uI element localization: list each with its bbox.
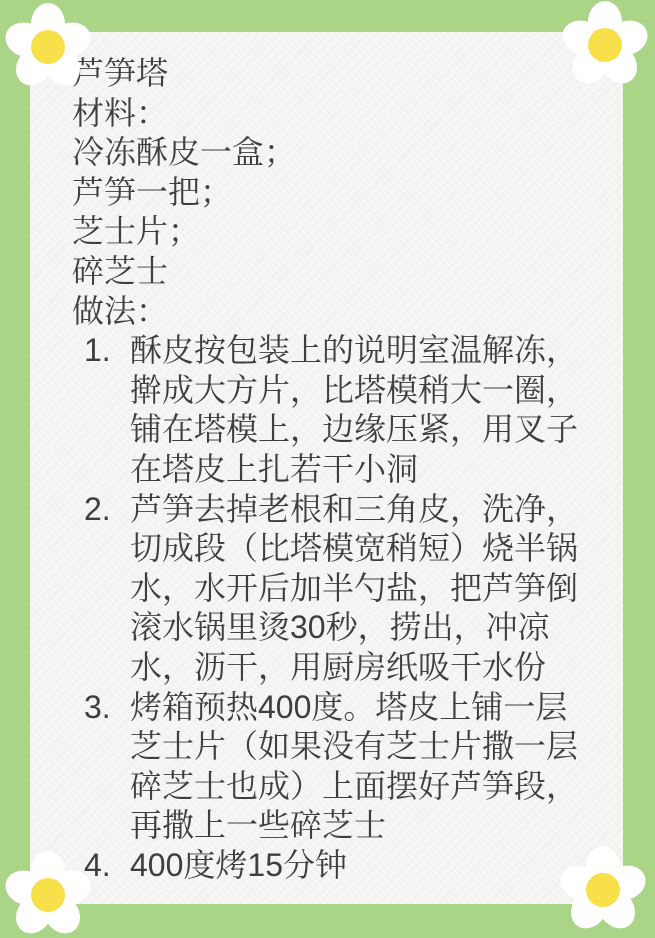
recipe-title: 芦笋塔 xyxy=(72,54,597,94)
step-line: 滚水锅里烫30秒，捞出，冲凉 xyxy=(130,608,597,648)
step-row: 3. 烤箱预热400度。塔皮上铺一层 芝士片（如果没有芝士片撒一层 碎芝士也成）… xyxy=(72,688,597,846)
daisy-flower-icon-top-left xyxy=(3,2,93,92)
step-text: 芦笋去掉老根和三角皮，洗净， 切成段（比塔模宽稍短）烧半锅 水，水开后加半勺盐，… xyxy=(130,490,597,688)
step-line: 切成段（比塔模宽稍短）烧半锅 xyxy=(130,529,597,569)
step-number: 1. xyxy=(84,331,130,489)
daisy-flower-icon-bottom-right xyxy=(558,845,648,935)
step-line: 水，水开后加半勺盐，把芦笋倒 xyxy=(130,569,597,609)
ingredient-line: 碎芝士 xyxy=(72,252,597,292)
recipe-card: 芦笋塔 材料： 冷冻酥皮一盒； 芦笋一把； 芝士片； 碎芝士 做法： 1. 酥皮… xyxy=(30,32,623,904)
daisy-flower-icon-top-right xyxy=(560,0,650,90)
step-text: 400度烤15分钟 xyxy=(130,846,597,886)
step-line: 铺在塔模上，边缘压紧，用叉子 xyxy=(130,410,597,450)
step-line: 酥皮按包装上的说明室温解冻， xyxy=(130,331,597,371)
step-row: 2. 芦笋去掉老根和三角皮，洗净， 切成段（比塔模宽稍短）烧半锅 水，水开后加半… xyxy=(72,490,597,688)
daisy-flower-icon-bottom-left xyxy=(3,850,93,938)
ingredient-line: 芦笋一把； xyxy=(72,173,597,213)
ingredient-line: 冷冻酥皮一盒； xyxy=(72,133,597,173)
step-line: 400度烤15分钟 xyxy=(130,846,597,886)
step-line: 芦笋去掉老根和三角皮，洗净， xyxy=(130,490,597,530)
step-row: 1. 酥皮按包装上的说明室温解冻， 擀成大方片，比塔模稍大一圈， 铺在塔模上，边… xyxy=(72,331,597,489)
step-text: 酥皮按包装上的说明室温解冻， 擀成大方片，比塔模稍大一圈， 铺在塔模上，边缘压紧… xyxy=(130,331,597,489)
step-line: 水，沥干，用厨房纸吸干水份 xyxy=(130,648,597,688)
step-line: 烤箱预热400度。塔皮上铺一层 xyxy=(130,688,597,728)
ingredient-line: 芝士片； xyxy=(72,212,597,252)
step-line: 碎芝士也成）上面摆好芦笋段， xyxy=(130,767,597,807)
step-line: 在塔皮上扎若干小洞 xyxy=(130,450,597,490)
step-line: 再撒上一些碎芝士 xyxy=(130,806,597,846)
step-row: 4. 400度烤15分钟 xyxy=(72,846,597,886)
method-label: 做法： xyxy=(72,292,597,332)
step-text: 烤箱预热400度。塔皮上铺一层 芝士片（如果没有芝士片撒一层 碎芝士也成）上面摆… xyxy=(130,688,597,846)
page-background: 芦笋塔 材料： 冷冻酥皮一盒； 芦笋一把； 芝士片； 碎芝士 做法： 1. 酥皮… xyxy=(0,0,655,938)
materials-label: 材料： xyxy=(72,94,597,134)
step-number: 2. xyxy=(84,490,130,688)
step-line: 擀成大方片，比塔模稍大一圈， xyxy=(130,371,597,411)
step-line: 芝士片（如果没有芝士片撒一层 xyxy=(130,727,597,767)
step-number: 3. xyxy=(84,688,130,846)
